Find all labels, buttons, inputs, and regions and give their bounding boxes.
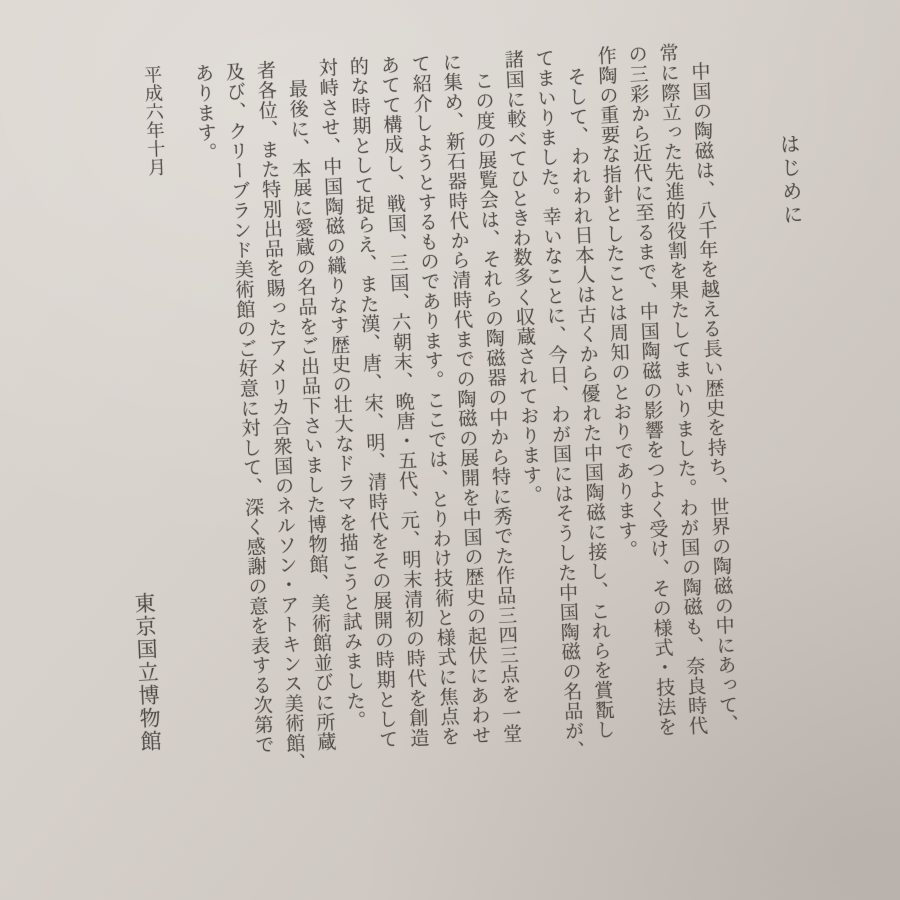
preface-text-block: はじめに 中国の陶磁は、八千年を越える長い歴史を持ち、世界の陶磁の中にあって、常… [105, 37, 830, 783]
book-page: はじめに 中国の陶磁は、八千年を越える長い歴史を持ち、世界の陶磁の中にあって、常… [0, 0, 900, 900]
page-title: はじめに [767, 37, 829, 754]
